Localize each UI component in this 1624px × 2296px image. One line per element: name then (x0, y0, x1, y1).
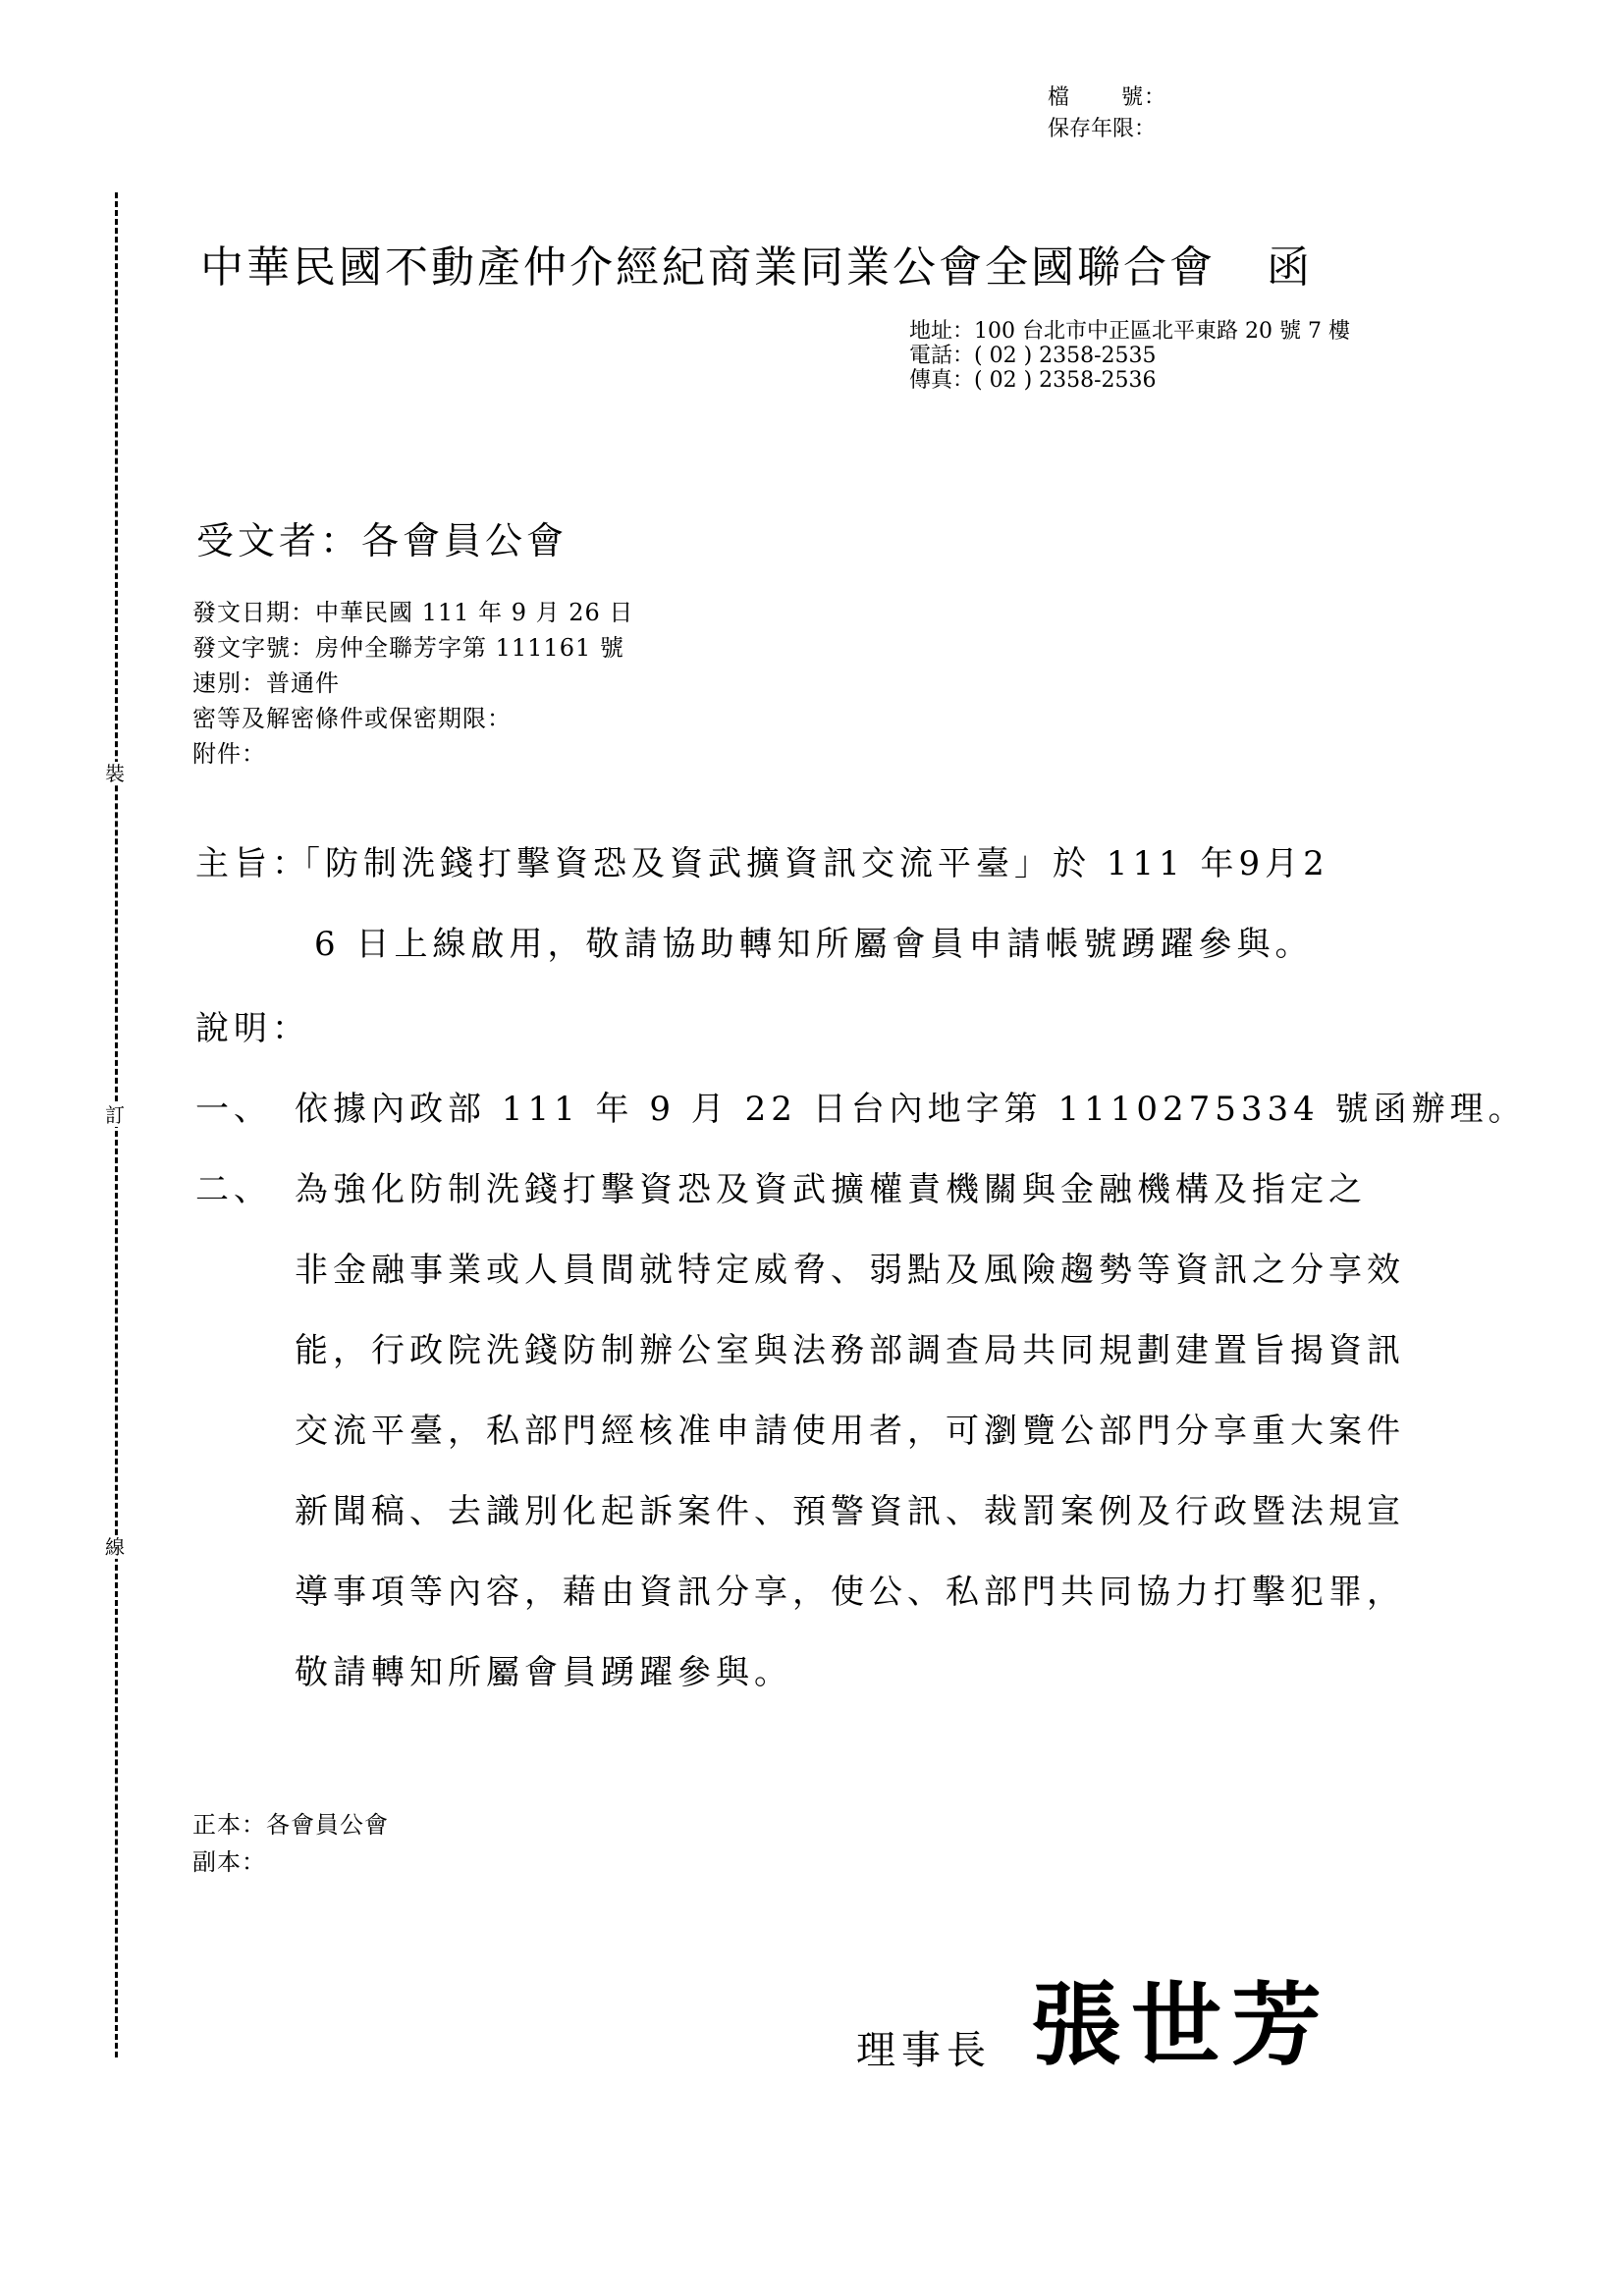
phone: 電話：( 02 ) 2358-2535 (909, 344, 1350, 368)
recipient-value: 各會員公會 (361, 519, 568, 562)
item-line: 依據內政部 111 年 9 月 22 日台內地字第 1110275334 號函辦… (295, 1082, 1527, 1130)
binding-char-ding: 訂 (98, 1103, 132, 1127)
item-line: 非金融事業或人員間就特定威脅、弱點及風險趨勢等資訊之分享效 (295, 1243, 1405, 1291)
file-number-row: 檔 號： (1048, 82, 1165, 114)
item-number: 二、 (195, 1162, 272, 1210)
explanation-label: 說明： (195, 1001, 310, 1049)
address: 地址：100 台北市中正區北平東路 20 號 7 樓 (909, 319, 1350, 344)
retention-row: 保存年限： (1048, 114, 1165, 145)
recipient: 受文者：各會員公會 (196, 510, 568, 564)
item-line: 導事項等內容，藉由資訊分享，使公、私部門共同協力打擊犯罪， (295, 1565, 1405, 1613)
copy-recipients: 副本： (192, 1843, 389, 1881)
signature-title: 理事長 (856, 2019, 992, 2083)
signature-name: 張世芳 (1031, 1953, 1331, 2083)
file-number-label: 檔 號 (1048, 82, 1144, 114)
file-number-colon: ： (1144, 82, 1165, 114)
file-meta: 檔 號： 保存年限： (1048, 82, 1165, 145)
signature: 理事長 張世芳 (856, 1953, 1331, 2083)
distribution: 正本：各會員公會 副本： (192, 1806, 389, 1881)
item-line: 敬請轉知所屬會員踴躍參與。 (295, 1645, 792, 1693)
original-recipients: 正本：各會員公會 (192, 1806, 389, 1843)
recipient-label: 受文者： (196, 519, 361, 562)
binding-char-xian: 線 (98, 1535, 132, 1559)
classification: 密等及解密條件或保密期限： (192, 701, 633, 736)
retention-label: 保存年限： (1048, 114, 1156, 145)
document-title: 中華民國不動產仲介經紀商業同業公會全國聯合會函 (200, 232, 1313, 294)
organization-name: 中華民國不動產仲介經紀商業同業公會全國聯合會 (200, 242, 1216, 293)
attachment: 附件： (192, 736, 633, 772)
document-type: 函 (1267, 242, 1313, 293)
item-number: 一、 (195, 1082, 272, 1130)
item-line: 新聞稿、去識別化起訴案件、預警資訊、裁罰案例及行政暨法規宣 (295, 1484, 1405, 1532)
contact-info: 地址：100 台北市中正區北平東路 20 號 7 樓 電話：( 02 ) 235… (909, 319, 1350, 393)
binding-char-zhuang: 裝 (98, 762, 132, 785)
subject-line: 6 日上線啟用，敬請協助轉知所屬會員申請帳號踴躍參與。 (314, 917, 1313, 965)
fax: 傳真：( 02 ) 2358-2536 (909, 368, 1350, 393)
item-line: 能，行政院洗錢防制辦公室與法務部調查局共同規劃建置旨揭資訊 (295, 1323, 1405, 1371)
item-line: 為強化防制洗錢打擊資恐及資武擴權責機關與金融機構及指定之 (295, 1162, 1367, 1210)
document-meta: 發文日期：中華民國 111 年 9 月 26 日 發文字號：房仲全聯芳字第 11… (192, 595, 633, 772)
item-line: 交流平臺，私部門經核准申請使用者，可瀏覽公部門分享重大案件 (295, 1404, 1405, 1452)
speed-level: 速別：普通件 (192, 666, 633, 701)
issue-date: 發文日期：中華民國 111 年 9 月 26 日 (192, 595, 633, 630)
document-number: 發文字號：房仲全聯芳字第 111161 號 (192, 630, 633, 666)
subject-line: 「防制洗錢打擊資恐及資武擴資訊交流平臺」於 111 年9月2 (287, 836, 1329, 884)
